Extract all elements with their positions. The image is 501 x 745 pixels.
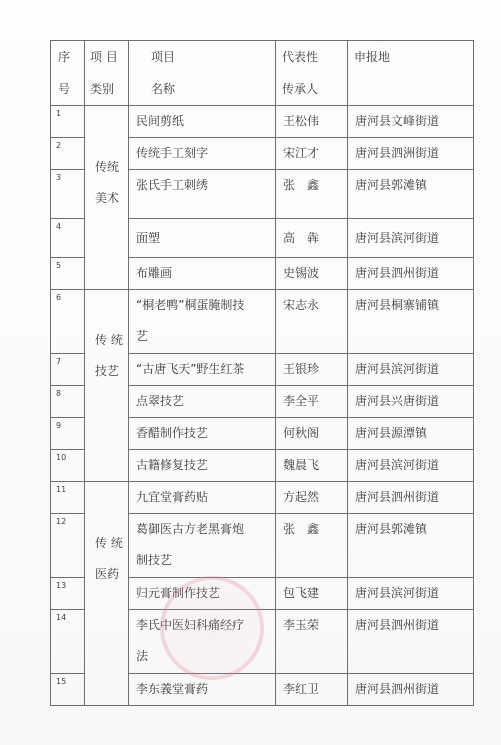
header-row: 序 号 项 目 类别 项目 名称 代表性 传承人 申报地 bbox=[51, 41, 474, 106]
name-text: 归元膏制作技艺 bbox=[129, 578, 275, 609]
place-text: 唐河县泗州街道 bbox=[348, 482, 473, 513]
heir-text: 李红卫 bbox=[276, 674, 347, 705]
place-text: 唐河县兴唐街道 bbox=[348, 386, 473, 417]
place-text: 唐河县泗洲街道 bbox=[348, 138, 473, 169]
place: 唐河县文峰街道 bbox=[348, 106, 474, 138]
header-text: 名称 bbox=[129, 73, 275, 105]
name-text: 法 bbox=[129, 641, 275, 672]
project-name: 李氏中医妇科痛经疗 法 bbox=[129, 610, 276, 674]
row-number: 8 bbox=[51, 386, 85, 418]
heir-text: 王松伟 bbox=[276, 106, 347, 137]
place-text: 唐河县滨河街道 bbox=[348, 219, 473, 254]
place-text: 唐河县文峰街道 bbox=[348, 106, 473, 137]
name-text: 香醋制作技艺 bbox=[129, 418, 275, 449]
place: 唐河县郭滩镇 bbox=[348, 514, 474, 578]
heir-text: 张 鑫 bbox=[276, 514, 347, 545]
table-row: 1 传统 美术 民间剪纸 王松伟 唐河县文峰街道 bbox=[51, 106, 474, 138]
place: 唐河县泗洲街道 bbox=[348, 138, 474, 170]
heir-text: 李玉荣 bbox=[276, 610, 347, 641]
row-number-text: 11 bbox=[56, 485, 66, 494]
header-place: 申报地 bbox=[348, 41, 474, 106]
name-text: 传统手工刻字 bbox=[129, 138, 275, 169]
place-text: 唐河县泗州街道 bbox=[348, 674, 473, 705]
row-number-text: 4 bbox=[56, 222, 61, 231]
heir-text: 宋江才 bbox=[276, 138, 347, 169]
place: 唐河县滨河街道 bbox=[348, 354, 474, 386]
row-number: 4 bbox=[51, 219, 85, 258]
header-text: 序 bbox=[51, 41, 84, 73]
heir: 史锡波 bbox=[276, 258, 348, 290]
project-name: 民间剪纸 bbox=[129, 106, 276, 138]
row-number-text: 8 bbox=[56, 389, 61, 398]
name-text: 民间剪纸 bbox=[129, 106, 275, 137]
row-number: 1 bbox=[51, 106, 85, 138]
heir: 何秋阁 bbox=[276, 418, 348, 450]
table-row: 6 传 统 技艺 “桐老鸭”桐蛋腌制技 艺 宋志永 唐河县桐寨铺镇 bbox=[51, 290, 474, 354]
row-number-text: 12 bbox=[56, 517, 66, 526]
project-name: 葛御医古方老黑膏炮 制技艺 bbox=[129, 514, 276, 578]
row-number: 10 bbox=[51, 450, 85, 482]
category-text: 传 统 bbox=[95, 528, 128, 559]
header-text: 类别 bbox=[85, 73, 128, 105]
heir: 宋江才 bbox=[276, 138, 348, 170]
category-traditional-medicine: 传 统 医药 bbox=[85, 482, 129, 706]
row-number: 14 bbox=[51, 610, 85, 674]
name-text: “古唐飞天”野生红茶 bbox=[129, 354, 275, 385]
row-number: 3 bbox=[51, 170, 85, 219]
place: 唐河县泗州街道 bbox=[348, 674, 474, 706]
project-name: 李东義堂膏药 bbox=[129, 674, 276, 706]
header-text: 项 目 bbox=[85, 41, 128, 73]
place: 唐河县泗州街道 bbox=[348, 610, 474, 674]
category-traditional-art: 传统 美术 bbox=[85, 106, 129, 290]
row-number: 15 bbox=[51, 674, 85, 706]
place: 唐河县滨河街道 bbox=[348, 450, 474, 482]
name-text: 李东義堂膏药 bbox=[129, 674, 275, 705]
name-text: 九宜堂膏药贴 bbox=[129, 482, 275, 513]
heir: 包飞建 bbox=[276, 578, 348, 610]
heir: 张 鑫 bbox=[276, 514, 348, 578]
place: 唐河县泗州街道 bbox=[348, 482, 474, 514]
row-number: 7 bbox=[51, 354, 85, 386]
place-text: 唐河县郭滩镇 bbox=[348, 170, 473, 201]
heir: 李全平 bbox=[276, 386, 348, 418]
heir: 方起然 bbox=[276, 482, 348, 514]
row-number-text: 3 bbox=[56, 173, 61, 182]
name-text: 古籍修复技艺 bbox=[129, 450, 275, 481]
project-name: 九宜堂膏药贴 bbox=[129, 482, 276, 514]
name-text: 面塑 bbox=[129, 219, 275, 254]
place-text: 唐河县滨河街道 bbox=[348, 578, 473, 609]
place: 唐河县滨河街道 bbox=[348, 219, 474, 258]
table-row: 11 传 统 医药 九宜堂膏药贴 方起然 唐河县泗州街道 bbox=[51, 482, 474, 514]
place: 唐河县源潭镇 bbox=[348, 418, 474, 450]
header-heir: 代表性 传承人 bbox=[276, 41, 348, 106]
heir-text: 方起然 bbox=[276, 482, 347, 513]
place: 唐河县泗州街道 bbox=[348, 258, 474, 290]
header-text: 申报地 bbox=[348, 41, 473, 73]
project-name: 面塑 bbox=[129, 219, 276, 258]
project-name: “古唐飞天”野生红茶 bbox=[129, 354, 276, 386]
heir-text: 史锡波 bbox=[276, 258, 347, 289]
row-number-text: 6 bbox=[56, 293, 61, 302]
heir-text: 张 鑫 bbox=[276, 170, 347, 201]
header-text: 代表性 bbox=[276, 41, 347, 73]
heir: 王银珍 bbox=[276, 354, 348, 386]
row-number-text: 13 bbox=[56, 581, 66, 590]
heir: 李红卫 bbox=[276, 674, 348, 706]
category-text: 技艺 bbox=[95, 356, 128, 387]
header-text: 号 bbox=[51, 73, 84, 105]
heir: 高 犇 bbox=[276, 219, 348, 258]
place-text: 唐河县泗州街道 bbox=[348, 610, 473, 641]
category-text: 传 统 bbox=[95, 325, 128, 356]
row-number: 6 bbox=[51, 290, 85, 354]
place: 唐河县滨河街道 bbox=[348, 578, 474, 610]
row-number-text: 1 bbox=[56, 109, 61, 118]
heir-text: 宋志永 bbox=[276, 290, 347, 321]
row-number: 12 bbox=[51, 514, 85, 578]
heir: 李玉荣 bbox=[276, 610, 348, 674]
header-number: 序 号 bbox=[51, 41, 85, 106]
row-number-text: 9 bbox=[56, 421, 61, 430]
name-text: 张氏手工刺绣 bbox=[129, 170, 275, 201]
heir: 张 鑫 bbox=[276, 170, 348, 219]
place-text: 唐河县滨河街道 bbox=[348, 450, 473, 481]
row-number: 13 bbox=[51, 578, 85, 610]
place-text: 唐河县郭滩镇 bbox=[348, 514, 473, 545]
project-name: 香醋制作技艺 bbox=[129, 418, 276, 450]
place: 唐河县桐寨铺镇 bbox=[348, 290, 474, 354]
project-name: 古籍修复技艺 bbox=[129, 450, 276, 482]
project-name: 张氏手工刺绣 bbox=[129, 170, 276, 219]
project-name: “桐老鸭”桐蛋腌制技 艺 bbox=[129, 290, 276, 354]
place-text: 唐河县滨河街道 bbox=[348, 354, 473, 385]
row-number-text: 14 bbox=[56, 613, 66, 622]
name-text: 点翠技艺 bbox=[129, 386, 275, 417]
category-text: 医药 bbox=[95, 559, 128, 590]
row-number: 11 bbox=[51, 482, 85, 514]
header-text: 传承人 bbox=[276, 73, 347, 105]
heir: 王松伟 bbox=[276, 106, 348, 138]
heir-text: 何秋阁 bbox=[276, 418, 347, 449]
heir-text: 王银珍 bbox=[276, 354, 347, 385]
name-text: 艺 bbox=[129, 321, 275, 352]
row-number-text: 7 bbox=[56, 357, 61, 366]
heir: 魏晨飞 bbox=[276, 450, 348, 482]
place-text: 唐河县泗州街道 bbox=[348, 258, 473, 289]
name-text: 制技艺 bbox=[129, 545, 275, 576]
heir-text: 高 犇 bbox=[276, 219, 347, 254]
heir-text: 魏晨飞 bbox=[276, 450, 347, 481]
place: 唐河县郭滩镇 bbox=[348, 170, 474, 219]
name-text: 布雕画 bbox=[129, 258, 275, 289]
row-number-text: 10 bbox=[56, 453, 66, 462]
place-text: 唐河县源潭镇 bbox=[348, 418, 473, 449]
row-number-text: 15 bbox=[56, 677, 66, 686]
place-text: 唐河县桐寨铺镇 bbox=[348, 290, 473, 321]
name-text: 葛御医古方老黑膏炮 bbox=[129, 514, 275, 545]
name-text: 李氏中医妇科痛经疗 bbox=[129, 610, 275, 641]
heir-text: 包飞建 bbox=[276, 578, 347, 609]
row-number-text: 2 bbox=[56, 141, 61, 150]
header-name: 项目 名称 bbox=[129, 41, 276, 106]
heir-text: 李全平 bbox=[276, 386, 347, 417]
project-name: 传统手工刻字 bbox=[129, 138, 276, 170]
header-category: 项 目 类别 bbox=[85, 41, 129, 106]
category-text: 传统 bbox=[95, 152, 128, 183]
category-text: 美术 bbox=[95, 183, 128, 214]
place: 唐河县兴唐街道 bbox=[348, 386, 474, 418]
heir: 宋志永 bbox=[276, 290, 348, 354]
header-text: 项目 bbox=[129, 41, 275, 73]
row-number: 9 bbox=[51, 418, 85, 450]
heritage-project-table: 序 号 项 目 类别 项目 名称 代表性 传承人 申报地 1 传统 美术 民间剪… bbox=[50, 40, 474, 706]
name-text: “桐老鸭”桐蛋腌制技 bbox=[129, 290, 275, 321]
project-name: 点翠技艺 bbox=[129, 386, 276, 418]
row-number: 2 bbox=[51, 138, 85, 170]
row-number-text: 5 bbox=[56, 261, 61, 270]
project-name: 归元膏制作技艺 bbox=[129, 578, 276, 610]
category-traditional-craft: 传 统 技艺 bbox=[85, 290, 129, 482]
project-name: 布雕画 bbox=[129, 258, 276, 290]
row-number: 5 bbox=[51, 258, 85, 290]
